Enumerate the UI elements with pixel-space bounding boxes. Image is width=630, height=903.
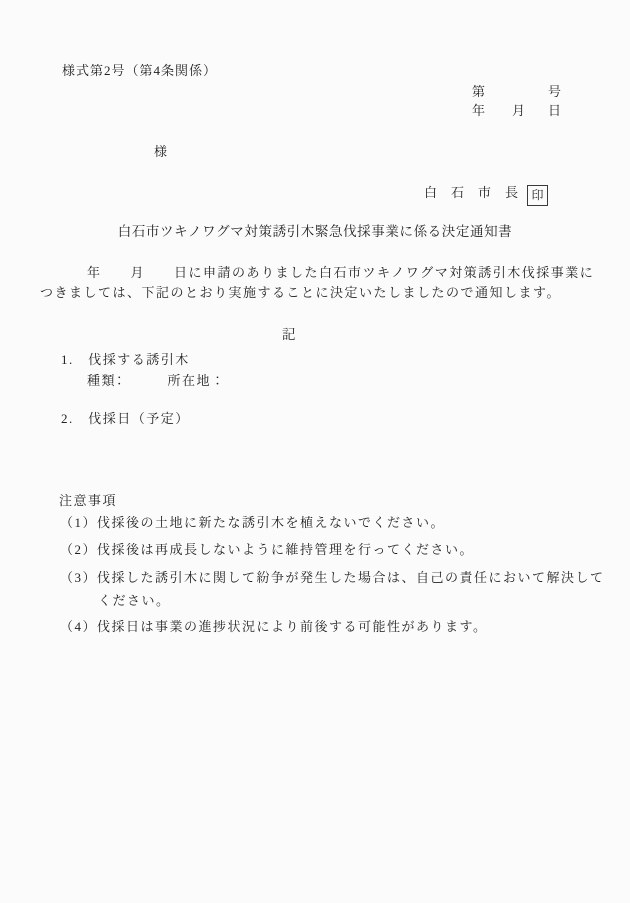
note-item-3-line1: （3）伐採した誘引木に関して紛争が発生した場合は、自己の責任において解決して — [60, 571, 605, 586]
list-item-felling-date: 2. 伐採日（予定） — [61, 412, 190, 427]
notes-heading: 注意事項 — [59, 494, 117, 509]
list-item-felling-tree: 1. 伐採する誘引木 — [61, 353, 190, 368]
body-paragraph-line1: 年 月 日に申請のありました白石市ツキノワグマ対策誘引木伐採事業に — [87, 266, 594, 281]
record-marker: 記 — [282, 327, 297, 343]
body-paragraph-line2: つきましては、下記のとおり実施することに決定いたしましたので通知します。 — [40, 286, 561, 301]
sender-title: 白 石 市 長 — [424, 186, 519, 201]
document-page: 様式第2号（第4条関係） 第 号 年 月 日 様 白 石 市 長 印 白石市ツキ… — [0, 0, 630, 903]
document-number-suffix: 号 — [548, 85, 563, 100]
list-item-species-location: 種類： 所在地： — [87, 374, 226, 389]
document-number-prefix: 第 — [472, 85, 487, 100]
addressee-honorific: 様 — [154, 145, 169, 160]
note-item-2: （2）伐採後は再成長しないように維持管理を行ってください。 — [60, 543, 474, 558]
note-item-1: （1）伐採後の土地に新たな誘引木を植えないでください。 — [60, 516, 445, 531]
document-title: 白石市ツキノワグマ対策誘引木緊急伐採事業に係る決定通知書 — [0, 224, 630, 240]
date-month-label: 月 — [512, 104, 527, 119]
note-item-4: （4）伐採日は事業の進捗状況により前後する可能性があります。 — [60, 620, 487, 635]
form-number-label: 様式第2号（第4条関係） — [62, 64, 217, 79]
seal-mark: 印 — [527, 185, 548, 206]
note-item-3-line2: ください。 — [98, 594, 171, 609]
date-day-label: 日 — [548, 104, 563, 119]
date-year-label: 年 — [472, 104, 487, 119]
